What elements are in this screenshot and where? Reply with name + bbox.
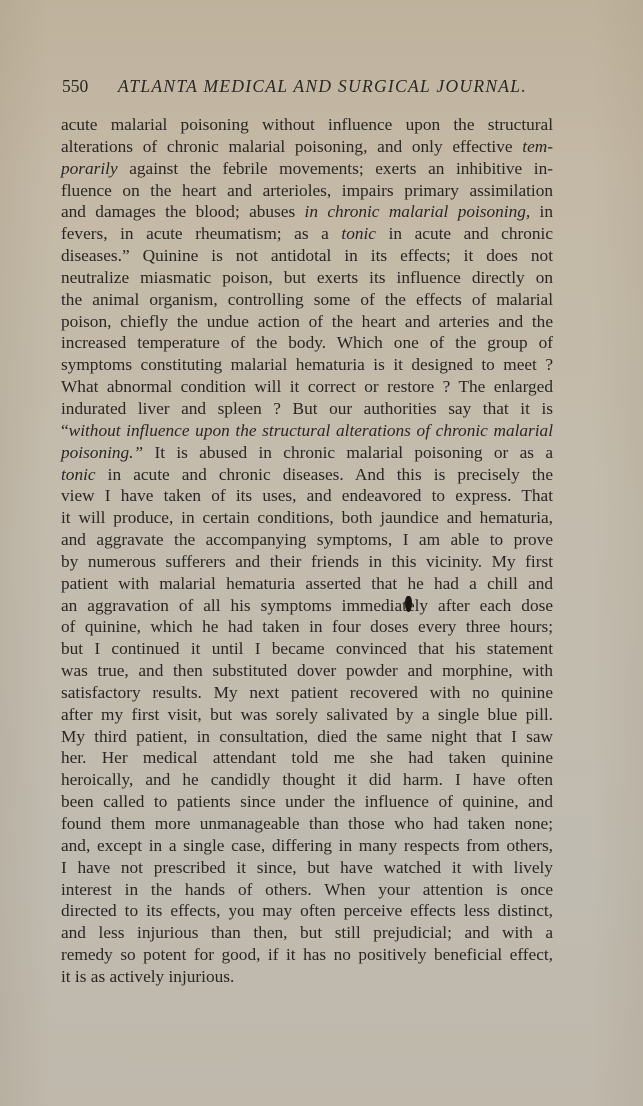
text-line: fevers, in acute rheumatism; as a tonic …: [61, 223, 553, 245]
text-run: by numerous sufferers and their friends …: [61, 552, 553, 571]
text-run: it will produce, in certain conditions, …: [61, 508, 553, 527]
text-run: an aggravation of all his symptoms immed…: [61, 596, 553, 615]
text-line: of quinine, which he had taken in four d…: [61, 616, 553, 638]
text-run: patient with malarial hematuria asserted…: [61, 574, 553, 593]
text-line: and, except in a single case, differing …: [61, 835, 553, 857]
text-line: interest in the hands of others. When yo…: [61, 879, 553, 901]
italic-text: tonic: [61, 465, 96, 484]
text-run: diseases.” Quinine is not antidotal in i…: [61, 246, 553, 265]
text-line: satisfactory results. My next patient re…: [61, 682, 553, 704]
text-run: neutralize miasmatic poison, but exerts …: [61, 268, 553, 287]
text-run: remedy so potent for good, if it has no …: [61, 945, 553, 964]
text-run: against the febrile movements; exerts an…: [118, 159, 553, 178]
text-line: after my first visit, but was sorely sal…: [61, 704, 553, 726]
text-run: acute malarial poisoning without influen…: [61, 115, 553, 134]
text-line: increased temperature of the body. Which…: [61, 332, 553, 354]
text-run: been called to patients since under the …: [61, 792, 553, 811]
text-line: alterations of chronic malarial poisonin…: [61, 136, 553, 158]
text-run: and less injurious than then, but still …: [61, 923, 553, 942]
text-run: increased temperature of the body. Which…: [61, 333, 553, 352]
italic-text: in chronic malarial poisoning,: [305, 202, 531, 221]
text-line: poison, chiefly the undue action of the …: [61, 311, 553, 333]
text-run: of quinine, which he had taken in four d…: [61, 617, 553, 636]
text-run: fevers, in acute rheumatism; as a: [61, 224, 341, 243]
text-run: view I have taken of its uses, and endea…: [61, 486, 553, 505]
text-line: was true, and then substituted dover pow…: [61, 660, 553, 682]
text-run: I have not prescribed it since, but have…: [61, 858, 553, 877]
text-run: What abnormal condition will it correct …: [61, 377, 553, 396]
text-run: in acute and chronic diseases. And this …: [96, 465, 553, 484]
journal-title: ATLANTA MEDICAL AND SURGICAL JOURNAL.: [118, 76, 527, 96]
text-line: directed to its effects, you may often p…: [61, 900, 553, 922]
text-line: remedy so potent for good, if it has no …: [61, 944, 553, 966]
text-run: the animal organism, controlling some of…: [61, 290, 553, 309]
text-line: her. Her medical attendant told me she h…: [61, 747, 553, 769]
text-run: fluence on the heart and arterioles, imp…: [61, 181, 553, 200]
text-line: diseases.” Quinine is not antidotal in i…: [61, 245, 553, 267]
text-line: neutralize miasmatic poison, but exerts …: [61, 267, 553, 289]
text-run: indurated liver and spleen ? But our aut…: [61, 399, 553, 418]
italic-text: porarily: [61, 159, 118, 178]
text-run: “: [61, 421, 69, 440]
text-line: and aggravate the accompanying symptoms,…: [61, 529, 553, 551]
text-line: What abnormal condition will it correct …: [61, 376, 553, 398]
text-line: symptoms constituting malarial hematuria…: [61, 354, 553, 376]
italic-text: tonic: [341, 224, 376, 243]
text-run: heroically, and he candidly thought it d…: [61, 770, 553, 789]
text-run: but I continued it until I became convin…: [61, 639, 553, 658]
text-run: and damages the blood; abuses: [61, 202, 305, 221]
text-line: patient with malarial hematuria asserted…: [61, 573, 553, 595]
text-run: was true, and then substituted dover pow…: [61, 661, 553, 680]
text-line: it is as actively injurious.: [61, 966, 553, 988]
text-line: My third patient, in consultation, died …: [61, 726, 553, 748]
text-line: acute malarial poisoning without influen…: [61, 114, 553, 136]
text-run: her. Her medical attendant told me she h…: [61, 748, 553, 767]
text-line: an aggravation of all his symptoms immed…: [61, 595, 553, 617]
ink-blot: [405, 596, 412, 612]
text-line: heroically, and he candidly thought it d…: [61, 769, 553, 791]
text-run: symptoms constituting malarial hematuria…: [61, 355, 553, 374]
italic-text: poisoning.”: [61, 443, 143, 462]
text-line: indurated liver and spleen ? But our aut…: [61, 398, 553, 420]
text-run: in: [530, 202, 553, 221]
text-line: view I have taken of its uses, and endea…: [61, 485, 553, 507]
text-line: but I continued it until I became convin…: [61, 638, 553, 660]
text-run: in acute and chronic: [376, 224, 553, 243]
text-run: directed to its effects, you may often p…: [61, 901, 553, 920]
text-line: been called to patients since under the …: [61, 791, 553, 813]
italic-text: without influence upon the structural al…: [69, 421, 553, 440]
text-run: after my first visit, but was sorely sal…: [61, 705, 553, 724]
text-run: it is as actively injurious.: [61, 967, 234, 986]
text-run: interest in the hands of others. When yo…: [61, 880, 553, 899]
text-run: found them more unmanageable than those …: [61, 814, 553, 833]
body-paragraph: acute malarial poisoning without influen…: [61, 114, 621, 988]
text-run: and, except in a single case, differing …: [61, 836, 553, 855]
page-number: 550: [62, 76, 118, 97]
text-line: “without influence upon the structural a…: [61, 420, 553, 442]
text-line: I have not prescribed it since, but have…: [61, 857, 553, 879]
text-run: It is abused in chronic malarial poisoni…: [143, 443, 553, 462]
text-line: by numerous sufferers and their friends …: [61, 551, 553, 573]
text-run: satisfactory results. My next patient re…: [61, 683, 553, 702]
text-run: My third patient, in consultation, died …: [61, 727, 553, 746]
text-line: and damages the blood; abuses in chronic…: [61, 201, 553, 223]
text-run: and aggravate the accompanying symptoms,…: [61, 530, 553, 549]
text-line: porarily against the febrile movements; …: [61, 158, 553, 180]
text-run: poison, chiefly the undue action of the …: [61, 312, 553, 331]
text-line: and less injurious than then, but still …: [61, 922, 553, 944]
italic-text: tem-: [522, 137, 553, 156]
text-line: it will produce, in certain conditions, …: [61, 507, 553, 529]
text-line: found them more unmanageable than those …: [61, 813, 553, 835]
text-line: fluence on the heart and arterioles, imp…: [61, 180, 553, 202]
text-line: tonic in acute and chronic diseases. And…: [61, 464, 553, 486]
running-header: 550ATLANTA MEDICAL AND SURGICAL JOURNAL.: [62, 76, 622, 97]
text-line: poisoning.” It is abused in chronic mala…: [61, 442, 553, 464]
text-line: the animal organism, controlling some of…: [61, 289, 553, 311]
text-run: alterations of chronic malarial poisonin…: [61, 137, 522, 156]
